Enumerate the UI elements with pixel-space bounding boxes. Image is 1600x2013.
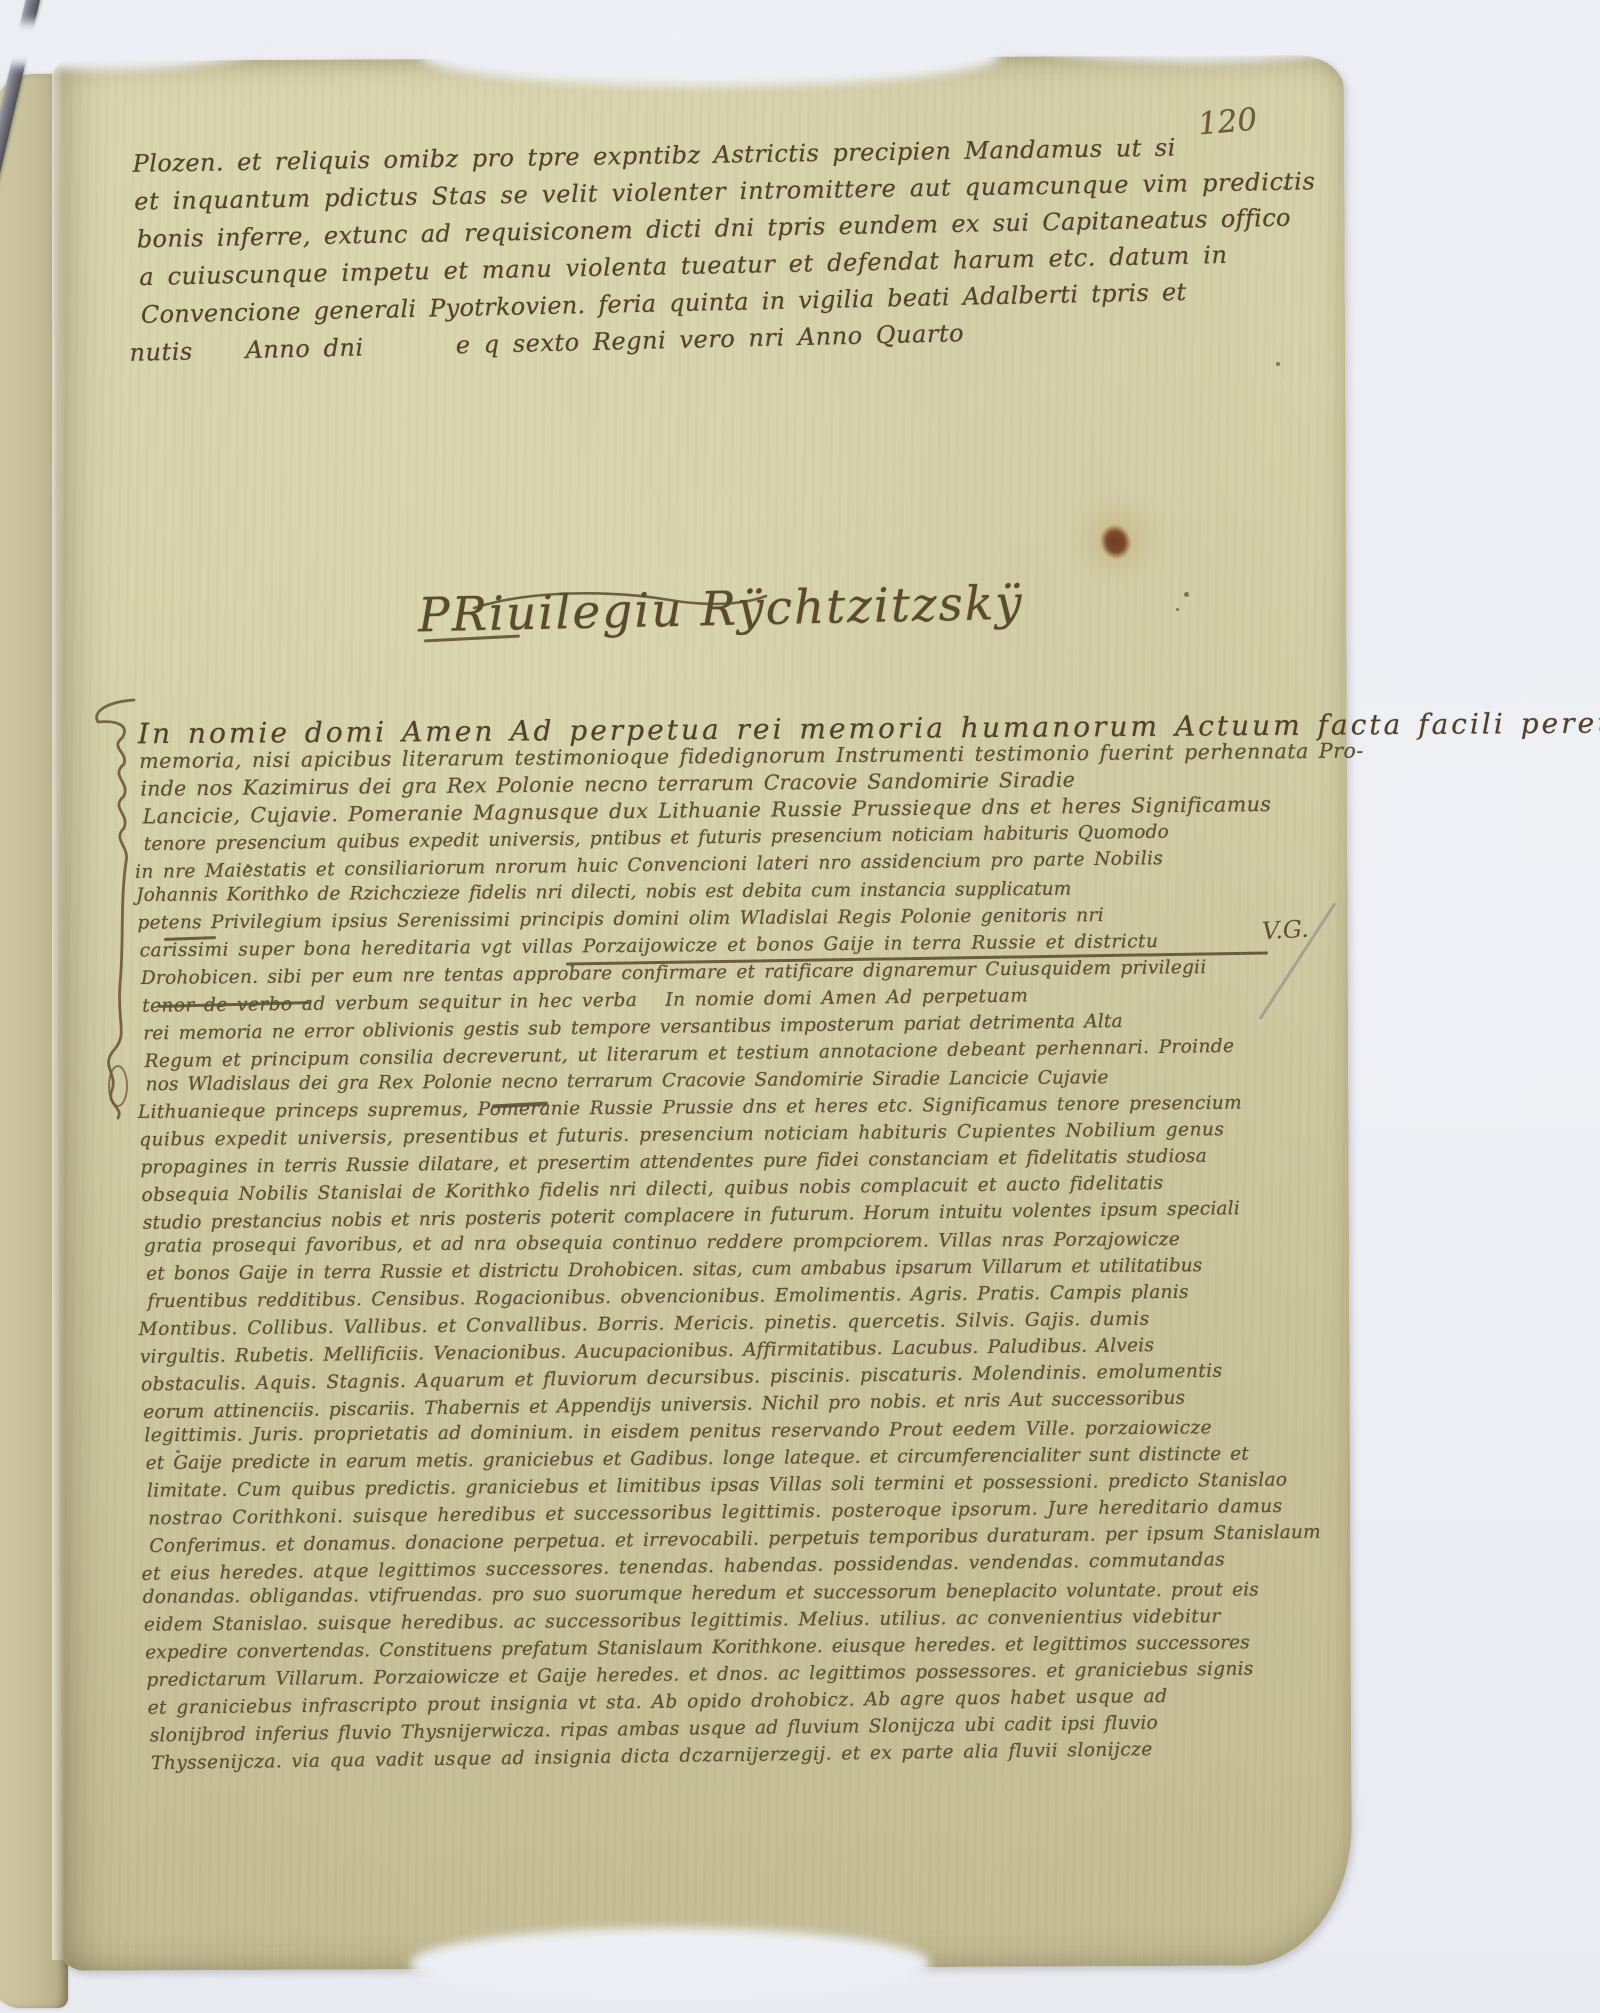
- title-swash-stroke: [470, 588, 770, 614]
- ink-speck: [246, 864, 250, 868]
- scan-backdrop: 120 Plozen. et reliquis omibz pro tpre e…: [0, 0, 1600, 2013]
- ink-layer: 120 Plozen. et reliquis omibz pro tpre e…: [0, 0, 1600, 2013]
- ink-speck: [1276, 362, 1280, 366]
- folio-page-number: 120: [1197, 101, 1259, 142]
- ink-speck: [1184, 592, 1189, 597]
- ink-speck: [1176, 608, 1179, 611]
- margin-flourish: [84, 694, 142, 1124]
- ink-speck: [176, 1450, 180, 1453]
- margin-note-vg: V.G.: [1261, 915, 1309, 945]
- ink-speck: [1283, 186, 1288, 190]
- header-paragraph: Plozen. et reliquis omibz pro tpre expnt…: [126, 130, 1139, 368]
- body-text: In nomie domi Amen Ad perpetua rei memor…: [134, 711, 1317, 1773]
